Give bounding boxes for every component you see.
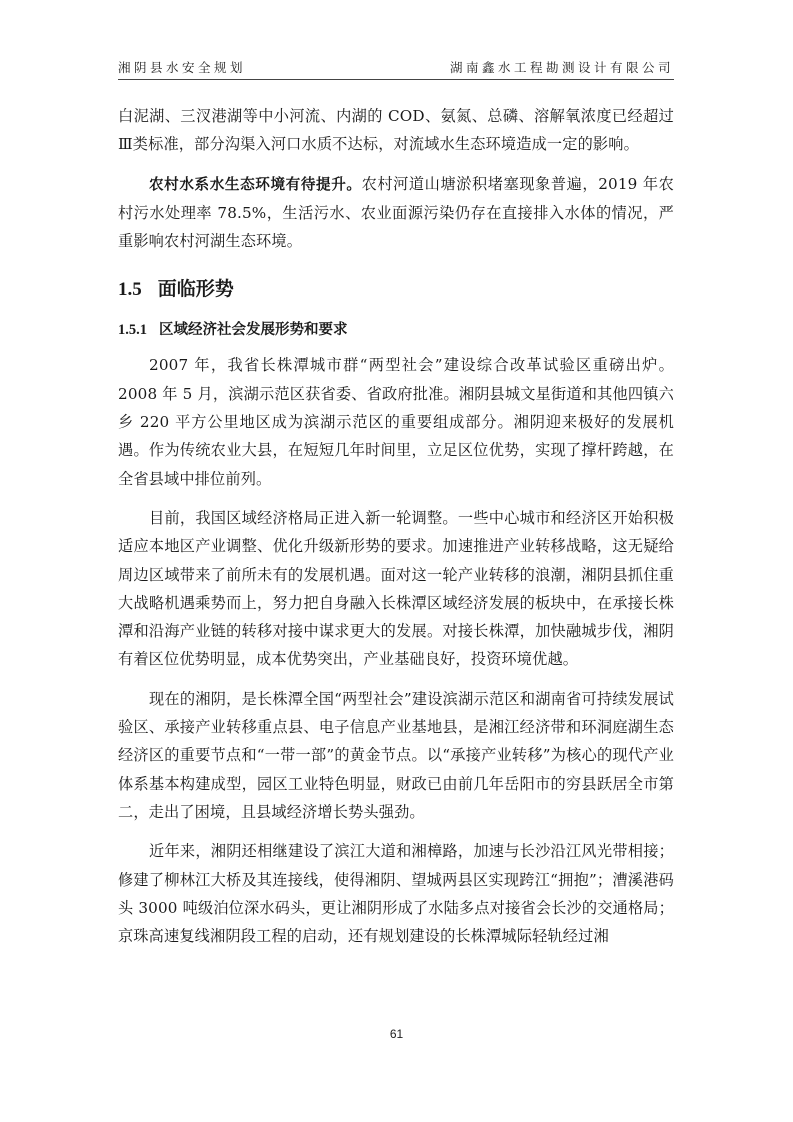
header-company-name: 湖南鑫水工程勘测设计有限公司 bbox=[450, 58, 674, 76]
paragraph-current-xiangyin: 现在的湘阴，是长株潭全国“两型社会”建设滨湖示范区和湖南省可持续发展试验区、承接… bbox=[118, 685, 674, 826]
subsection-number: 1.5.1 bbox=[118, 322, 147, 338]
paragraph-rural-water: 农村水系水生态环境有待提升。农村河道山塘淤积堵塞现象普遍，2019 年农村污水处… bbox=[118, 170, 674, 256]
paragraph-2007-reform: 2007 年，我省长株潭城市群“两型社会”建设综合改革试验区重磅出炉。2008 … bbox=[118, 351, 674, 492]
paragraph-infrastructure: 近年来，湘阴还相继建设了滨江大道和湘樟路，加速与长沙沿江风光带相接；修建了柳林江… bbox=[118, 837, 674, 950]
page-header: 湘阴县水安全规划 湖南鑫水工程勘测设计有限公司 bbox=[118, 54, 674, 80]
page-content: 白泥湖、三汊港湖等中小河流、内湖的 COD、氨氮、总磷、溶解氧浓度已经超过Ⅲ类标… bbox=[118, 102, 674, 950]
section-heading: 1.5面临形势 bbox=[118, 269, 674, 309]
paragraph-regional-economy: 目前，我国区域经济格局正进入新一轮调整。一些中心城市和经济区开始积极适应本地区产… bbox=[118, 504, 674, 674]
header-document-title: 湘阴县水安全规划 bbox=[118, 58, 246, 76]
page-number: 61 bbox=[0, 1027, 793, 1041]
paragraph-water-quality: 白泥湖、三汊港湖等中小河流、内湖的 COD、氨氮、总磷、溶解氧浓度已经超过Ⅲ类标… bbox=[118, 102, 674, 159]
section-title: 面临形势 bbox=[158, 278, 234, 300]
section-number: 1.5 bbox=[118, 279, 142, 300]
subsection-title: 区域经济社会发展形势和要求 bbox=[159, 322, 348, 338]
paragraph-lead-bold: 农村水系水生态环境有待提升。 bbox=[149, 176, 362, 193]
subsection-heading: 1.5.1区域经济社会发展形势和要求 bbox=[118, 315, 674, 345]
